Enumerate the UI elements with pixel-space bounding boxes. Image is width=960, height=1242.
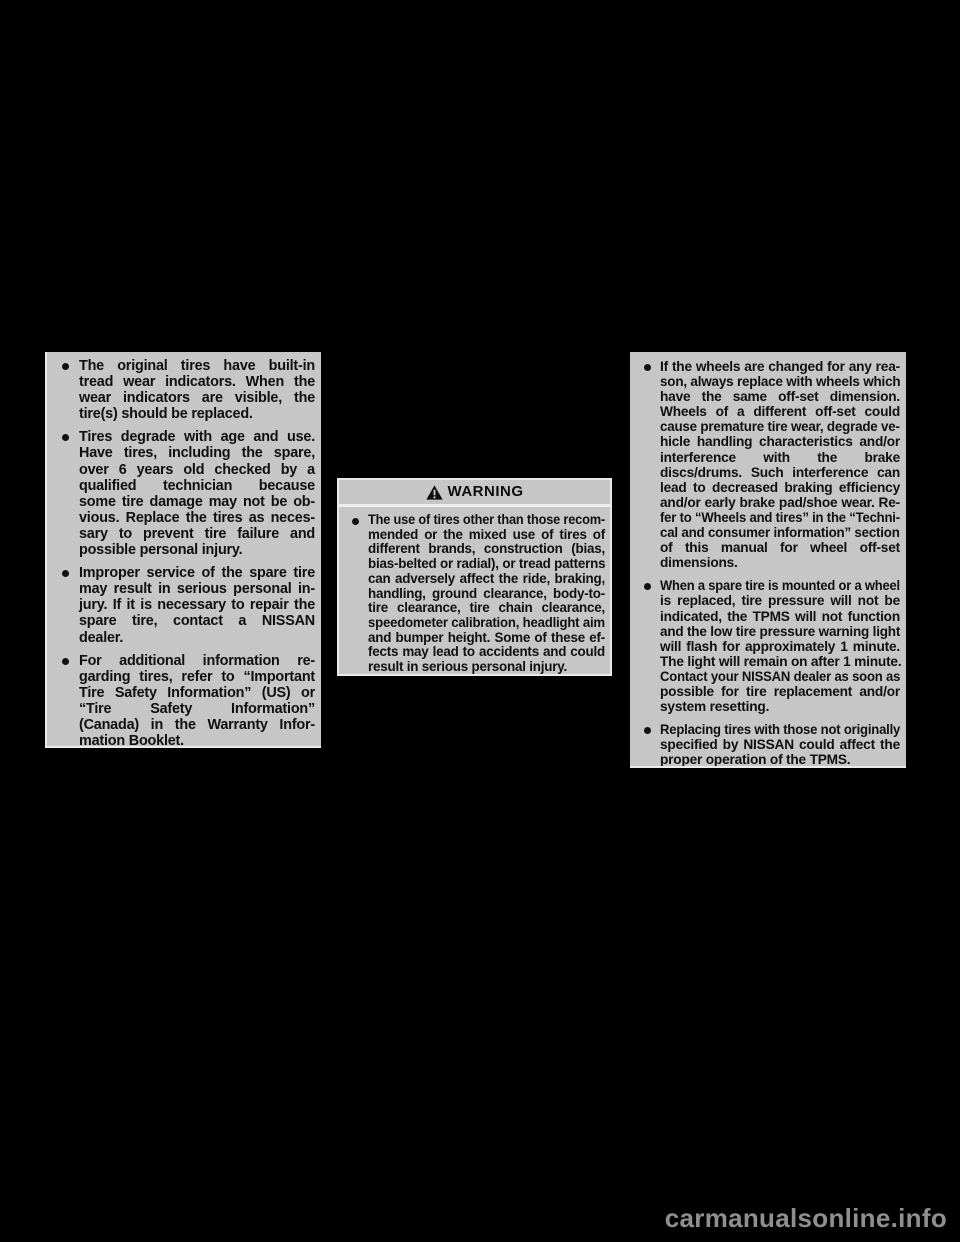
text-line: proper operation of the TPMS. bbox=[660, 752, 900, 767]
wheel-tpms-info-box: If the wheels are changed for any rea-so… bbox=[630, 352, 906, 768]
text-line: hicle handling characteristics and/or bbox=[660, 434, 900, 449]
bullet-item: The original tires have built-intread we… bbox=[62, 358, 315, 422]
bullet-dot-icon bbox=[644, 578, 660, 714]
tire-care-info-box: The original tires have built-intread we… bbox=[45, 352, 321, 748]
text-line: specified by NISSAN could affect the bbox=[660, 737, 900, 752]
warning-triangle-icon bbox=[426, 485, 443, 500]
bullet-dot-icon bbox=[62, 358, 79, 422]
bullet-item: Replacing tires with those not originall… bbox=[644, 722, 900, 767]
tire-care-bullet-list: The original tires have built-intread we… bbox=[62, 358, 315, 748]
bullet-dot-icon bbox=[62, 565, 79, 645]
text-line: possible personal injury. bbox=[79, 542, 315, 558]
bullet-dot-icon bbox=[644, 722, 660, 767]
bullet-text: For additional information re-garding ti… bbox=[79, 653, 315, 748]
text-line: and the low tire pressure warning light bbox=[660, 624, 897, 639]
text-line: If the wheels are changed for any rea- bbox=[660, 359, 900, 374]
bullet-dot-icon bbox=[352, 513, 368, 675]
text-line: dimensions. bbox=[660, 555, 900, 570]
text-line: interference with the brake bbox=[660, 450, 900, 465]
text-line: sary to prevent tire failure and bbox=[79, 526, 315, 542]
text-line: “Tire Safety Information” bbox=[79, 701, 315, 717]
bullet-text: Tires degrade with age and use.Have tire… bbox=[79, 429, 315, 558]
text-line: Have tires, including the spare, bbox=[79, 445, 315, 461]
warning-title: WARNING bbox=[448, 485, 524, 500]
manual-page: The original tires have built-intread we… bbox=[0, 0, 960, 1242]
bullet-dot-icon bbox=[62, 653, 79, 748]
bullet-text: When a spare tire is mounted or a wheeli… bbox=[660, 578, 900, 714]
text-line: bias-belted or radial), or tread pattern… bbox=[368, 557, 605, 572]
bullet-item: If the wheels are changed for any rea-so… bbox=[644, 359, 900, 570]
bullet-item: For additional information re-garding ti… bbox=[62, 653, 315, 748]
text-line: garding tires, refer to “Important bbox=[79, 669, 315, 685]
text-line: speedometer calibration, headlight aim bbox=[368, 616, 601, 631]
text-line: result in serious personal injury. bbox=[368, 660, 605, 675]
warning-header: WARNING bbox=[339, 480, 610, 507]
bullet-item: Tires degrade with age and use.Have tire… bbox=[62, 429, 315, 558]
text-line: will flash for approximately 1 minute. bbox=[660, 639, 900, 654]
bullet-text: The use of tires other than those recom-… bbox=[368, 513, 605, 675]
text-line: can adversely affect the ride, braking, bbox=[368, 572, 605, 587]
text-line: some tire damage may not be ob- bbox=[79, 494, 315, 510]
text-line: discs/drums. Such interference can bbox=[660, 465, 900, 480]
text-line: (Canada) in the Warranty Infor- bbox=[79, 717, 315, 733]
text-line: may result in serious personal in- bbox=[79, 581, 315, 597]
text-line: When a spare tire is mounted or a wheel bbox=[660, 578, 887, 593]
text-line: Replacing tires with those not originall… bbox=[660, 722, 889, 737]
text-line: system resetting. bbox=[660, 699, 900, 714]
text-line: The light will remain on after 1 minute. bbox=[660, 654, 900, 669]
watermark-text: carmanualsonline.info bbox=[665, 1203, 947, 1234]
text-line: tire clearance, tire chain clearance, bbox=[368, 601, 605, 616]
text-line: over 6 years old checked by a bbox=[79, 462, 315, 478]
text-line: For additional information re- bbox=[79, 653, 315, 669]
text-line: cal and consumer information” section bbox=[660, 525, 893, 540]
text-line: and/or early brake pad/shoe wear. Re- bbox=[660, 495, 900, 510]
bullet-item: The use of tires other than those recom-… bbox=[352, 513, 605, 675]
text-line: fects may lead to accidents and could bbox=[368, 645, 605, 660]
text-line: son, always replace with wheels which bbox=[660, 374, 896, 389]
text-line: Wheels of a different off-set could bbox=[660, 404, 900, 419]
text-line: and bumper height. Some of these ef- bbox=[368, 631, 605, 646]
text-line: possible for tire replacement and/or bbox=[660, 684, 900, 699]
bullet-item: When a spare tire is mounted or a wheeli… bbox=[644, 578, 900, 714]
text-line: tread wear indicators. When the bbox=[79, 374, 315, 390]
text-line: The original tires have built-in bbox=[79, 358, 315, 374]
wheel-tpms-bullet-list: If the wheels are changed for any rea-so… bbox=[644, 359, 900, 767]
text-line: tire(s) should be replaced. bbox=[79, 406, 315, 422]
text-line: different brands, construction (bias, bbox=[368, 542, 605, 557]
bullet-text: Improper service of the spare tiremay re… bbox=[79, 565, 315, 645]
text-line: Tire Safety Information” (US) or bbox=[79, 685, 315, 701]
text-line: fer to “Wheels and tires” in the “Techni… bbox=[660, 510, 889, 525]
text-line: Tires degrade with age and use. bbox=[79, 429, 315, 445]
text-line: dealer. bbox=[79, 630, 315, 646]
text-line: Improper service of the spare tire bbox=[79, 565, 315, 581]
bullet-dot-icon bbox=[644, 359, 660, 570]
bullet-text: The original tires have built-intread we… bbox=[79, 358, 315, 422]
bullet-text: Replacing tires with those not originall… bbox=[660, 722, 900, 767]
text-line: is replaced, tire pressure will not be bbox=[660, 593, 900, 608]
bullet-text: If the wheels are changed for any rea-so… bbox=[660, 359, 900, 570]
text-line: wear indicators are visible, the bbox=[79, 390, 315, 406]
warning-box: WARNING The use of tires other than thos… bbox=[337, 478, 612, 676]
text-line: of this manual for wheel off-set bbox=[660, 540, 900, 555]
text-line: vious. Replace the tires as neces- bbox=[79, 510, 315, 526]
text-line: jury. If it is necessary to repair the bbox=[79, 597, 315, 613]
warning-bullet-list: The use of tires other than those recom-… bbox=[339, 507, 610, 675]
text-line: qualified technician because bbox=[79, 478, 315, 494]
text-line: The use of tires other than those recom- bbox=[368, 513, 594, 528]
text-line: Contact your NISSAN dealer as soon as bbox=[660, 669, 889, 684]
text-line: indicated, the TPMS will not function bbox=[660, 609, 900, 624]
bullet-dot-icon bbox=[62, 429, 79, 558]
text-line: mended or the mixed use of tires of bbox=[368, 528, 605, 543]
text-line: spare tire, contact a NISSAN bbox=[79, 613, 315, 629]
text-line: handling, ground clearance, body-to- bbox=[368, 587, 605, 602]
text-line: cause premature tire wear, degrade ve- bbox=[660, 419, 894, 434]
text-line: mation Booklet. bbox=[79, 733, 315, 748]
text-line: have the same off-set dimension. bbox=[660, 389, 900, 404]
text-line: lead to decreased braking efficiency bbox=[660, 480, 900, 495]
bullet-item: Improper service of the spare tiremay re… bbox=[62, 565, 315, 645]
